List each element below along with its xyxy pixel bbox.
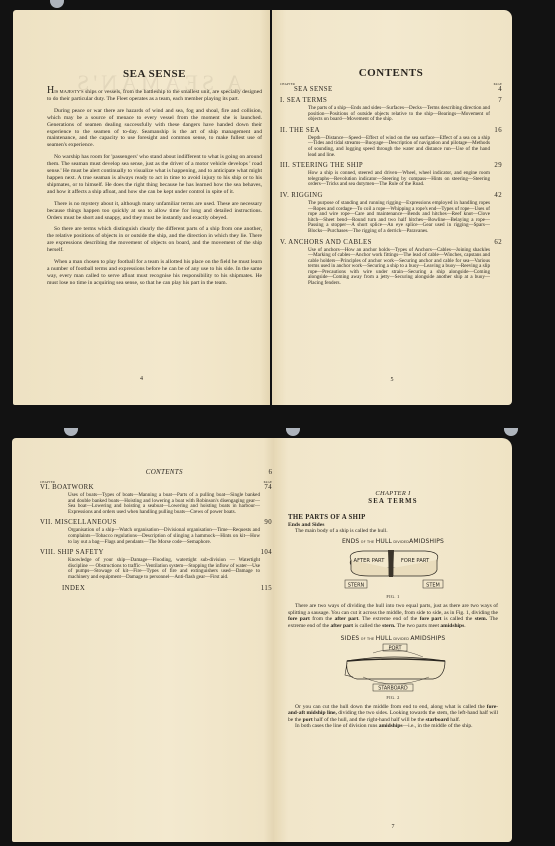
small-caps: IS MAJESTY'S [54,89,83,94]
toc-entry-page: 4 [498,86,502,93]
figure-caption: FIG. 2 [288,695,498,700]
toc-entry-description: The parts of a ship—Ends and sides—Surfa… [280,106,502,123]
toc-entry-description: Depth—Distance—Speed—Effect of wind on t… [280,136,502,158]
toc-entry-page: 29 [494,162,502,169]
figure-heading-word: HULL [376,538,392,545]
figure-heading-word: OF THE [361,540,375,544]
toc-entry-page: 62 [494,239,502,246]
toc-entry-description: How a ship is conned, steered and driven… [280,171,502,188]
toc-entry-description: Knowledge of your ship—Damage—Flooding, … [40,558,272,580]
paragraph: There are two ways of dividing the hull … [288,603,498,629]
toc-entry-title: VI. BOATWORK [40,484,94,491]
toc-entry-page: 115 [261,585,272,592]
svg-text:PORT: PORT [388,646,402,652]
toc-entry-page: 90 [264,519,272,526]
svg-text:FORE PART: FORE PART [401,558,430,564]
paragraph: There is no mystery about it, although m… [47,201,262,222]
toc-entry-heading: V. ANCHORS AND CABLES62 [280,239,502,246]
svg-text:STERN: STERN [348,583,365,589]
page-tab-marker [504,428,518,436]
paragraph: So there are terms which distinguish cle… [47,226,262,254]
page-tab-marker [64,428,78,436]
toc-entry[interactable]: SEA SENSE4 [280,86,502,93]
toc-entry-title: INDEX [40,585,85,592]
paragraph: When a man chosen to play football for a… [47,259,262,287]
toc-entry-description: Use of anchors—How an anchor holds—Types… [280,248,502,287]
table-of-contents: CONTENTS 6 CHAPTER PAGE VI. BOATWORK74Us… [40,468,272,596]
toc-entry-page: 74 [264,484,272,491]
toc-entry-page: 7 [498,97,502,104]
figure-heading-word: HULL [376,635,392,642]
page-contents-continued: CONTENTS 6 CHAPTER PAGE VI. BOATWORK74Us… [12,438,274,842]
svg-text:STARBOARD: STARBOARD [378,686,408,692]
toc-entry-heading: SEA SENSE4 [280,86,502,93]
toc-entry-page: 42 [494,192,502,199]
hull-ends-diagram: AFTER PART FORE PART STERN STEM [333,546,453,592]
toc-entry-page: 16 [494,127,502,134]
toc-entry[interactable]: VI. BOATWORK74Uses of boats—Types of boa… [40,484,272,515]
toc-entry-heading: VIII. SHIP SAFETY104 [40,549,272,556]
figure-heading-word: DIVIDED [393,637,409,641]
page-title: SEA SENSE [47,68,262,80]
chapter-title: SEA TERMS [288,498,498,505]
toc-entry-heading: VII. MISCELLANEOUS90 [40,519,272,526]
toc-entry-heading: INDEX115 [40,585,272,592]
intro-paragraph: The main body of a ship is called the hu… [288,528,498,534]
toc-entry-description: Organisation of a ship—Watch organisatio… [40,528,272,545]
toc-entry-heading: IV. RIGGING42 [280,192,502,199]
toc-entry-title: IV. RIGGING [280,192,323,199]
toc-entry-heading: I. SEA TERMS7 [280,97,502,104]
toc-entry[interactable]: V. ANCHORS AND CABLES62Use of anchors—Ho… [280,239,502,287]
page-chapter-one: CHAPTER I SEA TERMS THE PARTS OF A SHIP … [274,438,512,842]
section-title: THE PARTS OF A SHIP [288,514,498,521]
toc-entry-description: The purpose of standing and running rigg… [280,201,502,235]
toc-entry[interactable]: VII. MISCELLANEOUS90Organisation of a sh… [40,519,272,545]
paragraph: In both cases the line of division runs … [288,723,498,729]
figure-heading: SIDES OF THE HULL DIVIDED AMIDSHIPS [333,635,453,642]
toc-entry[interactable]: III. STEERING THE SHIP29How a ship is co… [280,162,502,188]
toc-entry-title: I. SEA TERMS [280,97,327,104]
toc-entry[interactable]: I. SEA TERMS7The parts of a ship—Ends an… [280,97,502,123]
page-tab-marker [286,428,300,436]
page-number: 6 [269,468,273,476]
paragraph: Or you can cut the hull down the middle … [288,704,498,723]
toc-entry-heading: III. STEERING THE SHIP29 [280,162,502,169]
page-number: 5 [272,377,512,383]
table-of-contents: CONTENTS CHAPTER PAGE SEA SENSE4I. SEA T… [280,67,502,291]
figure-heading-word: SIDES [341,635,360,642]
toc-entry-title: III. STEERING THE SHIP [280,162,363,169]
figure-sides-of-hull: SIDES OF THE HULL DIVIDED AMIDSHIPS PORT… [333,635,453,693]
running-head: CONTENTS [146,468,183,476]
bottom-spread: CONTENTS 6 CHAPTER PAGE VI. BOATWORK74Us… [4,428,550,846]
toc-entry-title: VIII. SHIP SAFETY [40,549,104,556]
toc-entry[interactable]: VIII. SHIP SAFETY104Knowledge of your sh… [40,549,272,580]
page-contents: CONTENTS CHAPTER PAGE SEA SENSE4I. SEA T… [272,10,512,405]
figure-heading-word: AMIDSHIPS [410,635,445,642]
figure-heading-word: AMIDSHIPS [409,538,444,545]
toc-entry-title: II. THE SEA [280,127,320,134]
toc-entry-heading: II. THE SEA16 [280,127,502,134]
toc-entry[interactable]: IV. RIGGING42The purpose of standing and… [280,192,502,235]
page-tab-marker [50,0,64,8]
toc-entry-title: V. ANCHORS AND CABLES [280,239,372,246]
page-number: 4 [13,376,270,382]
toc-entry-heading: VI. BOATWORK74 [40,484,272,491]
page-number: 7 [274,824,512,830]
figure-heading: ENDS OF THE HULL DIVIDEDAMIDSHIPS [333,538,453,545]
page-sea-sense: A SEAMAN'S SEA SENSE HIS MAJESTY'S ships… [13,10,270,405]
figure-ends-of-hull: ENDS OF THE HULL DIVIDEDAMIDSHIPS AFTER … [333,538,453,592]
figure-heading-word: ENDS [342,538,360,545]
paragraph: During peace or war there are hazards of… [47,108,262,149]
toc-entry-title: SEA SENSE [280,86,333,93]
figure-heading-word: OF THE [361,637,375,641]
figure-caption: FIG. 1 [288,594,498,599]
hull-sides-diagram: PORT STARBOARD [333,643,453,693]
paragraph: HIS MAJESTY'S ships or vessels, from the… [47,88,262,103]
chapter-label: CHAPTER I [288,490,498,497]
toc-entry[interactable]: INDEX115 [40,585,272,592]
figure-heading-word: DIVIDED [393,540,409,544]
svg-text:STEM: STEM [426,583,440,589]
toc-entry-page: 104 [261,549,272,556]
svg-text:AFTER PART: AFTER PART [354,558,386,564]
toc-entry[interactable]: II. THE SEA16Depth—Distance—Speed—Effect… [280,127,502,158]
page-title: CONTENTS [280,67,502,79]
paragraph: No warship has room for 'passengers' who… [47,154,262,195]
toc-entry-description: Uses of boats—Types of boats—Manning a b… [40,493,272,515]
toc-entry-title: VII. MISCELLANEOUS [40,519,117,526]
top-spread: A SEAMAN'S SEA SENSE HIS MAJESTY'S ships… [4,0,550,418]
